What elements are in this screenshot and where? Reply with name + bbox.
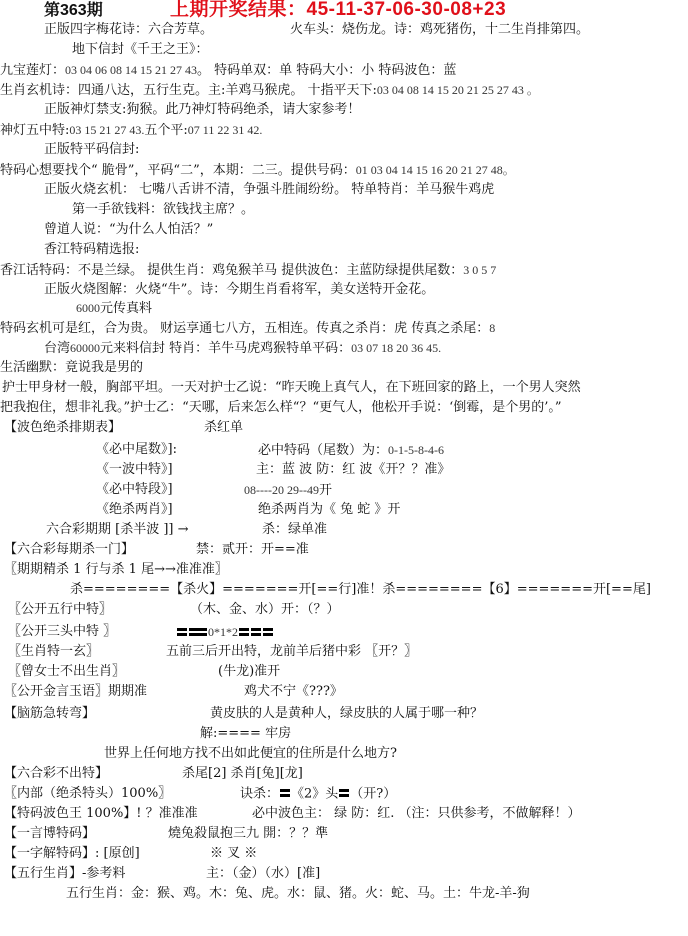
last-draw-result: 上期开奖结果：45-11-37-06-30-08+23 <box>170 0 506 22</box>
underground-envelope: 地下信封《千王之王》： <box>72 40 209 60</box>
lamp-ban-line: 正版神灯禁支:狗猴。此乃神灯特码绝杀，请大家参考！ <box>44 100 360 120</box>
zodiac-mystery-poem: 生肖玄机诗：四通八达，五行生克。主:羊鸡马猴虎。 十指平天下:03 04 08 … <box>0 80 539 100</box>
label: 生肖玄机诗：四通八达，五行生克。主:羊鸡马猴虎。 十指平天下: <box>0 83 377 98</box>
special-mystery-line: 特码玄机可是红，合为贵。 财运享通七八方，五相连。传真之杀肖：虎 传真之杀尾：8 <box>0 318 495 338</box>
humor-title: 生活幽默：竟说我是男的 <box>0 358 143 378</box>
train-head-line: 火车头：烧伤龙。诗：鸡死猪伤，十二生肖排第四。 <box>290 20 589 40</box>
amount: 60000 <box>70 341 100 355</box>
zeng-says-line: 曾道人说：“为什么人怕活？” <box>44 220 213 240</box>
result-label: 上期开奖结果： <box>170 0 307 20</box>
heads: 0*1*2 <box>208 625 238 639</box>
numbers: 03 07 18 20 36 45. <box>351 341 441 355</box>
special-code-line: 特码心想要找个“ 脆骨”，平码“二”，本期：二三。提供号码：01 03 04 1… <box>0 160 515 180</box>
must-segment-label: 《必中特段》] <box>96 480 173 500</box>
tail-numbers: 0-1-5-8-4-6 <box>388 443 444 457</box>
brain-teaser-question-2: 世界上任何地方找不出如此便宜的住所是什么地方? <box>104 744 397 764</box>
result-numbers: 45-11-37-06-30-08+23 <box>307 0 507 20</box>
one-wave-value: 主：蓝 波 防：红 波《开？？准》 <box>256 460 450 480</box>
kill-half-wave-label: 六合彩期期 [杀半波 ]] → <box>46 520 189 540</box>
numbers: 03 04 08 14 15 20 21 25 27 43 。 <box>377 83 539 97</box>
three-head-value: 0*1*2 <box>176 622 274 642</box>
wave-king-label: 【特码波色王 100%】! ？准准准 <box>4 804 198 824</box>
ms-zeng-value: (牛龙)准开 <box>218 662 280 682</box>
kill-one-door-label: 【六合彩每期杀一门】 <box>4 540 134 560</box>
label: 特码玄机可是红，合为贵。 财运享通七八方，五相连。传真之杀肖：虎 传真之杀尾： <box>0 321 489 336</box>
head: 《2》头 <box>291 787 338 802</box>
zodiac-mystery-value: 五前三后开出特，龙前羊后猪中彩 〖开？〗 <box>166 642 417 662</box>
brain-teaser-label: 【脑筋急转弯】 <box>4 704 95 724</box>
five-element-label: 〖公开五行中特〗 <box>8 600 112 620</box>
five-element-zodiac-label: 【五行生肖】-参考料 <box>4 864 125 884</box>
bars-icon <box>238 623 274 643</box>
three-head-label: 〖公开三头中特 〗 <box>8 622 116 642</box>
special-info: 。 特码单双：单 特码大小：小 特码波色：蓝 <box>197 63 456 78</box>
kill-red-single: 杀红单 <box>204 418 243 438</box>
golden-words-value: 鸡犬不宁《???》 <box>244 682 343 702</box>
numbers: 03 15 21 27 43. <box>69 123 144 137</box>
brain-teaser-answer: 解:==== 牢房 <box>200 724 291 744</box>
range: 08----20 29--49 <box>244 483 319 497</box>
amount: 6000 <box>76 301 100 315</box>
five-element-value: （木、金、水）开：（？） <box>190 600 340 620</box>
one-char-label: 【一字解特码】: [原创] <box>4 844 140 864</box>
label: 特码心想要找个“ 脆骨”，平码“二”，本期：二三。提供号码： <box>0 163 356 178</box>
label2: 元来料信封 特肖：羊牛马虎鸡猴特单平码： <box>100 341 351 356</box>
must-segment-value: 08----20 29--49开 <box>244 480 332 500</box>
ms-zeng-label: 〖曾女士不出生肖〗 <box>8 662 125 682</box>
wave-kill-table-heading: 【波色绝杀排期表】 <box>4 418 121 438</box>
internal-kill-value: 诀杀：《2》头（开?） <box>240 784 396 804</box>
special-envelope-heading: 正版特平码信封: <box>44 140 139 160</box>
open: 开 <box>319 483 332 498</box>
internal-kill-label: 〖内部（绝杀特头）100%〗 <box>4 784 171 804</box>
first-hand-line: 第一手欲钱料：欲钱找主席？。 <box>72 200 254 220</box>
nine-treasure-lamp: 九宝莲灯：03 04 06 08 14 15 21 27 43。 特码单双：单 … <box>0 60 456 80</box>
label: 九宝莲灯： <box>0 63 65 78</box>
xiangjiang-code-line: 香江话特码：不是兰绿。 提供生肖：鸡兔猴羊马 提供波色：主蓝防绿提供尾数：3 0… <box>0 260 496 280</box>
kill-one-door-value: 禁：贰开：开==准 <box>196 540 309 560</box>
numbers2: 07 11 22 31 42. <box>188 123 263 137</box>
one-char-value: ※ 叉 ※ <box>210 844 257 864</box>
lamp-five-line: 神灯五中特:03 15 21 27 43.五个平:07 11 22 31 42. <box>0 120 262 140</box>
kill-row-tail-heading: 〖期期精杀 1 行与杀 1 尾→→准准准〗 <box>4 560 228 580</box>
label: 台湾 <box>44 341 70 356</box>
must-tail-label: 《必中尾数》]: <box>96 440 177 460</box>
open: （开?） <box>350 787 396 802</box>
plum-poem: 正版四字梅花诗：六合芳草。 <box>44 22 213 37</box>
kill-two-value: 绝杀两肖为《 兔 蛇 》开 <box>258 500 400 520</box>
fax-material-line: 6000元传真料 <box>76 298 152 318</box>
bars-icon <box>279 784 291 804</box>
label: 香江话特码：不是兰绿。 提供生肖：鸡兔猴羊马 提供波色：主蓝防绿提供尾数： <box>0 263 463 278</box>
brain-teaser-question: 黄皮肤的人是黄种人，绿皮肤的人属于哪一种？ <box>210 704 483 724</box>
fire-diagram-line: 正版火烧图解：火烧“牛”。诗：今期生肖看将军，美女送特开金花。 <box>44 280 434 300</box>
kill-tail: 8 <box>489 321 495 335</box>
label: 必中特码（尾数）为： <box>258 443 388 458</box>
bars-icon <box>338 784 350 804</box>
one-word-bet-value: 燒兔殺鼠抱三九 開：？？準 <box>168 824 328 844</box>
label2: 五个平: <box>144 123 187 138</box>
fire-mystery-line: 正版火烧玄机： 七嘴八舌讲不清，争强斗胜闹纷纷。 特单特肖：羊马猴牛鸡虎 <box>44 180 494 200</box>
train-head: 火车头：烧伤龙。诗：鸡死猪伤，十二生肖排第四。 <box>290 22 589 37</box>
one-wave-label: 《一波中特》] <box>96 460 173 480</box>
one-word-bet-label: 【一言博特码】 <box>4 824 95 844</box>
label: 诀杀： <box>240 787 279 802</box>
kill-two-label: 《绝杀两肖》] <box>96 500 173 520</box>
label: 神灯五中特: <box>0 123 69 138</box>
plum-poem-line: 正版四字梅花诗：六合芳草。 <box>44 20 213 40</box>
xiangjiang-heading: 香江特码精选报: <box>44 240 139 260</box>
humor-text-2: 把我抱住，想非礼我。”护士乙：“天哪，后来怎么样“？“更气人，他松开手说：‘倒霉… <box>0 398 562 418</box>
must-tail-value: 必中特码（尾数）为：0-1-5-8-4-6 <box>258 440 444 460</box>
kill-fire-line: 杀========【杀火】=======开[==行]准！杀========【6】… <box>70 580 651 600</box>
humor-text-1: 护士甲身材一般，胸部平坦。一天对护士乙说：“昨天晚上真气人，在下班回家的路上，一… <box>2 378 581 398</box>
taiwan-envelope-line: 台湾60000元来料信封 特肖：羊牛马虎鸡猴特单平码：03 07 18 20 3… <box>44 338 441 358</box>
kill-half-wave-value: 杀：绿单准 <box>262 520 327 540</box>
no-special-value: 杀尾[2] 杀肖[兔][龙] <box>182 764 303 784</box>
bars-icon <box>176 623 208 643</box>
no-special-label: 【六合彩不出特】 <box>4 764 108 784</box>
five-element-zodiac-value: 主：（金）（水）[准] <box>206 864 320 884</box>
numbers: 03 04 06 08 14 15 21 27 43 <box>65 63 197 77</box>
numbers: 01 03 04 14 15 16 20 21 27 48。 <box>356 163 515 177</box>
label: 元传真料 <box>100 301 152 316</box>
golden-words-label: 〖公开金言玉语〗期期准 <box>4 682 147 702</box>
five-element-zodiac-list: 五行生肖：金：猴、鸡。木：兔、虎。水：鼠、猪。火：蛇、马。土：牛龙-羊-狗 <box>66 884 530 904</box>
wave-king-value: 必中波色主： 绿 防：红. （注：只供参考，不做解释！） <box>252 804 581 824</box>
zodiac-mystery-label: 〖生肖特一玄〗 <box>8 642 99 662</box>
tail-numbers: 3 0 5 7 <box>463 263 496 277</box>
issue-number: 第363期 <box>44 0 103 22</box>
